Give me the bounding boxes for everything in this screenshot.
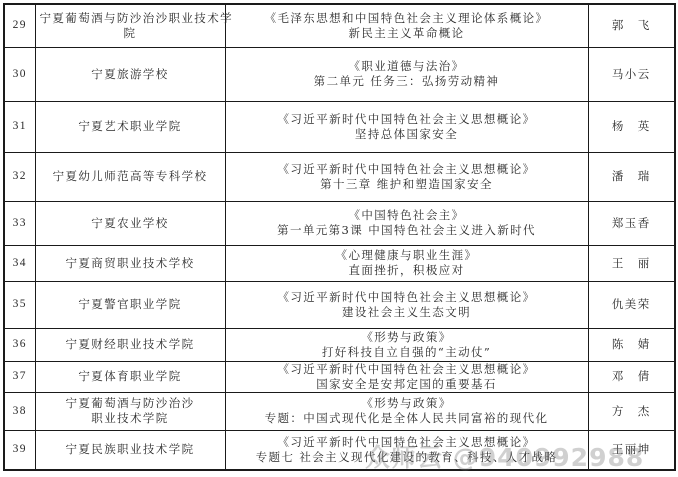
lesson-topic: 新民主主义革命概论 xyxy=(230,26,584,41)
school-name: 宁夏艺术职业学院 xyxy=(35,101,225,152)
school-name: 宁夏体育职业学院 xyxy=(35,361,225,392)
row-number: 30 xyxy=(4,47,35,101)
school-name-line: 宁夏葡萄酒与防沙治沙职业技术学 xyxy=(40,11,221,26)
course-title: 《中国特色社会主》 xyxy=(230,208,584,223)
table-row: 32宁夏幼儿师范高等专科学校《习近平新时代中国特色社会主义思想概论》第十三章 维… xyxy=(4,152,675,201)
school-name-line: 宁夏艺术职业学院 xyxy=(40,119,221,134)
row-number: 36 xyxy=(4,328,35,361)
school-name-line: 宁夏葡萄酒与防沙治沙 xyxy=(40,396,221,411)
teacher-name: 郭 飞 xyxy=(588,4,675,47)
school-name: 宁夏旅游学校 xyxy=(35,47,225,101)
course-title: 《形势与政策》 xyxy=(230,330,584,345)
lesson-topic: 直面挫折，积极应对 xyxy=(230,263,584,278)
course-title: 《习近平新时代中国特色社会主义思想概论》 xyxy=(230,290,584,305)
table-row: 31宁夏艺术职业学院《习近平新时代中国特色社会主义思想概论》坚持总体国家安全杨 … xyxy=(4,101,675,152)
table-row: 36宁夏财经职业技术学院《形势与政策》打好科技自立自强的“主动仗”陈 婧 xyxy=(4,328,675,361)
lesson-topic: 建设社会主义生态文明 xyxy=(230,305,584,320)
lesson-topic: 国家安全是安邦定国的重要基石 xyxy=(230,377,584,392)
school-name: 宁夏民族职业技术学院 xyxy=(35,430,225,470)
school-name: 宁夏警官职业学院 xyxy=(35,281,225,328)
course-title: 《毛泽东思想和中国特色社会主义理论体系概论》 xyxy=(230,11,584,26)
school-name-line: 宁夏商贸职业技术学校 xyxy=(40,256,221,271)
teacher-name: 陈 婧 xyxy=(588,328,675,361)
table-row: 34宁夏商贸职业技术学校《心理健康与职业生涯》直面挫折，积极应对王 丽 xyxy=(4,245,675,281)
course-cell: 《形势与政策》专题：中国式现代化是全体人民共同富裕的现代化 xyxy=(225,392,588,430)
course-title: 《习近平新时代中国特色社会主义思想概论》 xyxy=(230,112,584,127)
school-name: 宁夏财经职业技术学院 xyxy=(35,328,225,361)
teacher-name: 仇美荣 xyxy=(588,281,675,328)
course-schedule-table: 29宁夏葡萄酒与防沙治沙职业技术学院《毛泽东思想和中国特色社会主义理论体系概论》… xyxy=(3,3,676,471)
lesson-topic: 第二单元 任务三：弘扬劳动精神 xyxy=(230,74,584,89)
school-name: 宁夏商贸职业技术学校 xyxy=(35,245,225,281)
teacher-name: 杨 英 xyxy=(588,101,675,152)
teacher-name: 马小云 xyxy=(588,47,675,101)
school-name-line: 宁夏农业学校 xyxy=(40,216,221,231)
row-number: 37 xyxy=(4,361,35,392)
table-row: 35宁夏警官职业学院《习近平新时代中国特色社会主义思想概论》建设社会主义生态文明… xyxy=(4,281,675,328)
table-row: 33宁夏农业学校《中国特色社会主》第一单元第3课 中国特色社会主义进入新时代郑玉… xyxy=(4,201,675,245)
lesson-topic: 第十三章 维护和塑造国家安全 xyxy=(230,177,584,192)
teacher-name: 王丽坤 xyxy=(588,430,675,470)
table-row: 38宁夏葡萄酒与防沙治沙职业技术学院《形势与政策》专题：中国式现代化是全体人民共… xyxy=(4,392,675,430)
course-title: 《形势与政策》 xyxy=(230,396,584,411)
school-name-line: 院 xyxy=(40,26,221,41)
course-cell: 《习近平新时代中国特色社会主义思想概论》专题七 社会主义现代化建设的教育、科技、… xyxy=(225,430,588,470)
row-number: 33 xyxy=(4,201,35,245)
table-row: 39宁夏民族职业技术学院《习近平新时代中国特色社会主义思想概论》专题七 社会主义… xyxy=(4,430,675,470)
course-cell: 《形势与政策》打好科技自立自强的“主动仗” xyxy=(225,328,588,361)
course-title: 《习近平新时代中国特色社会主义思想概论》 xyxy=(230,362,584,377)
row-number: 31 xyxy=(4,101,35,152)
school-name-line: 宁夏警官职业学院 xyxy=(40,297,221,312)
table-row: 37宁夏体育职业学院《习近平新时代中国特色社会主义思想概论》国家安全是安邦定国的… xyxy=(4,361,675,392)
teacher-name: 方 杰 xyxy=(588,392,675,430)
table-row: 30宁夏旅游学校《职业道德与法治》第二单元 任务三：弘扬劳动精神马小云 xyxy=(4,47,675,101)
lesson-topic: 打好科技自立自强的“主动仗” xyxy=(230,345,584,360)
course-cell: 《中国特色社会主》第一单元第3课 中国特色社会主义进入新时代 xyxy=(225,201,588,245)
row-number: 38 xyxy=(4,392,35,430)
school-name-line: 宁夏旅游学校 xyxy=(40,67,221,82)
school-name-line: 宁夏幼儿师范高等专科学校 xyxy=(40,169,221,184)
school-name: 宁夏葡萄酒与防沙治沙职业技术学院 xyxy=(35,4,225,47)
school-name: 宁夏幼儿师范高等专科学校 xyxy=(35,152,225,201)
teacher-name: 潘 瑞 xyxy=(588,152,675,201)
course-title: 《习近平新时代中国特色社会主义思想概论》 xyxy=(230,162,584,177)
lesson-topic: 坚持总体国家安全 xyxy=(230,127,584,142)
course-cell: 《心理健康与职业生涯》直面挫折，积极应对 xyxy=(225,245,588,281)
school-name-line: 宁夏民族职业技术学院 xyxy=(40,442,221,457)
teacher-name: 郑玉香 xyxy=(588,201,675,245)
course-cell: 《毛泽东思想和中国特色社会主义理论体系概论》新民主主义革命概论 xyxy=(225,4,588,47)
teacher-name: 王 丽 xyxy=(588,245,675,281)
course-title: 《习近平新时代中国特色社会主义思想概论》 xyxy=(230,435,584,450)
lesson-topic: 专题七 社会主义现代化建设的教育、科技、人才战略 xyxy=(230,450,584,465)
row-number: 35 xyxy=(4,281,35,328)
lesson-topic: 第一单元第3课 中国特色社会主义进入新时代 xyxy=(230,223,584,238)
course-cell: 《习近平新时代中国特色社会主义思想概论》建设社会主义生态文明 xyxy=(225,281,588,328)
course-title: 《职业道德与法治》 xyxy=(230,59,584,74)
teacher-name: 邓 倩 xyxy=(588,361,675,392)
row-number: 39 xyxy=(4,430,35,470)
school-name-line: 宁夏财经职业技术学院 xyxy=(40,337,221,352)
row-number: 29 xyxy=(4,4,35,47)
course-cell: 《习近平新时代中国特色社会主义思想概论》坚持总体国家安全 xyxy=(225,101,588,152)
lesson-topic: 专题：中国式现代化是全体人民共同富裕的现代化 xyxy=(230,411,584,426)
school-name: 宁夏农业学校 xyxy=(35,201,225,245)
table-row: 29宁夏葡萄酒与防沙治沙职业技术学院《毛泽东思想和中国特色社会主义理论体系概论》… xyxy=(4,4,675,47)
school-name-line: 宁夏体育职业学院 xyxy=(40,369,221,384)
row-number: 32 xyxy=(4,152,35,201)
course-cell: 《习近平新时代中国特色社会主义思想概论》国家安全是安邦定国的重要基石 xyxy=(225,361,588,392)
course-cell: 《习近平新时代中国特色社会主义思想概论》第十三章 维护和塑造国家安全 xyxy=(225,152,588,201)
row-number: 34 xyxy=(4,245,35,281)
course-cell: 《职业道德与法治》第二单元 任务三：弘扬劳动精神 xyxy=(225,47,588,101)
school-name: 宁夏葡萄酒与防沙治沙职业技术学院 xyxy=(35,392,225,430)
school-name-line: 职业技术学院 xyxy=(40,411,221,426)
course-title: 《心理健康与职业生涯》 xyxy=(230,248,584,263)
